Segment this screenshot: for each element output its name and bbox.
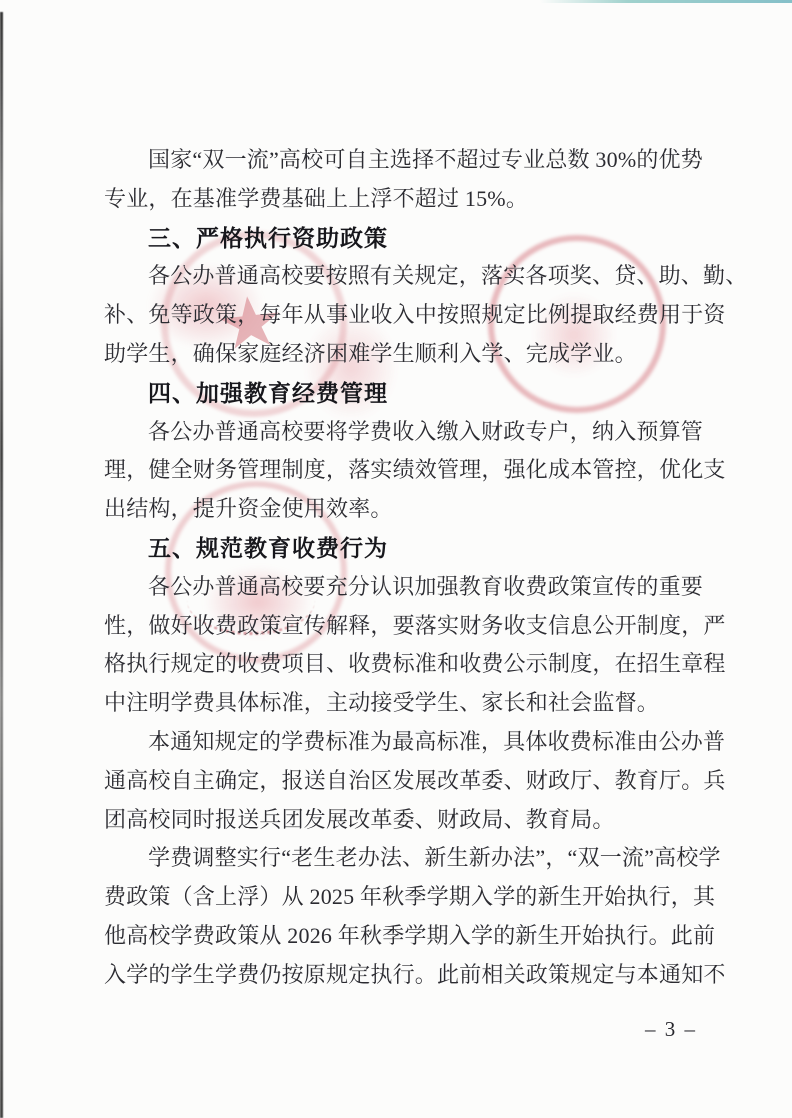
body-text-line: 国家“双一流”高校可自主选择不超过专业总数 30%的优势 (104, 141, 710, 180)
body-text-line: 本通知规定的学费标准为最高标准，具体收费标准由公办普 (104, 723, 710, 762)
scan-edge-artifact-left (0, 12, 3, 1118)
section-heading: 四、加强教育经费管理 (104, 374, 710, 413)
body-text-line: 各公办普通高校要将学费收入缴入财政专户，纳入预算管 (104, 413, 710, 452)
body-text-line: 助学生，确保家庭经济困难学生顺利入学、完成学业。 (104, 335, 710, 374)
body-text-line: 入学的学生学费仍按原规定执行。此前相关政策规定与本通知不 (104, 956, 710, 995)
body-text-line: 团高校同时报送兵团发展改革委、财政局、教育局。 (104, 801, 710, 840)
body-text-line: 理，健全财务管理制度，落实绩效管理，强化成本管控，优化支 (104, 451, 710, 490)
body-text-line: 中注明学费具体标准，主动接受学生、家长和社会监督。 (104, 684, 710, 723)
body-text-line: 性，做好收费政策宣传解释，要落实财务收支信息公开制度，严 (104, 607, 710, 646)
body-text-line: 专业，在基准学费基础上上浮不超过 15%。 (104, 180, 710, 219)
body-text-line: 出结构，提升资金使用效率。 (104, 490, 710, 529)
body-text-line: 格执行规定的收费项目、收费标准和收费公示制度，在招生章程 (104, 645, 710, 684)
body-text-line: 费政策（含上浮）从 2025 年秋季学期入学的新生开始执行，其 (104, 878, 710, 917)
body-text-line: 学费调整实行“老生老办法、新生新办法”，“双一流”高校学 (104, 839, 710, 878)
scanned-document-page: 国家“双一流”高校可自主选择不超过专业总数 30%的优势专业，在基准学费基础上上… (0, 0, 792, 1118)
section-heading: 三、严格执行资助政策 (104, 219, 710, 258)
body-text-line: 通高校自主确定，报送自治区发展改革委、财政厅、教育厅。兵 (104, 762, 710, 801)
section-heading: 五、规范教育收费行为 (104, 529, 710, 568)
body-text-line: 各公办普通高校要按照有关规定，落实各项奖、贷、助、勤、 (104, 257, 710, 296)
body-text-line: 他高校学费政策从 2026 年秋季学期入学的新生开始执行。此前 (104, 917, 710, 956)
page-number: – 3 – (645, 1017, 697, 1042)
body-text-line: 补、免等政策，每年从事业收入中按照规定比例提取经费用于资 (104, 296, 710, 335)
scan-edge-artifact-top (540, 0, 792, 3)
document-body: 国家“双一流”高校可自主选择不超过专业总数 30%的优势专业，在基准学费基础上上… (104, 141, 710, 995)
body-text-line: 各公办普通高校要充分认识加强教育收费政策宣传的重要 (104, 568, 710, 607)
